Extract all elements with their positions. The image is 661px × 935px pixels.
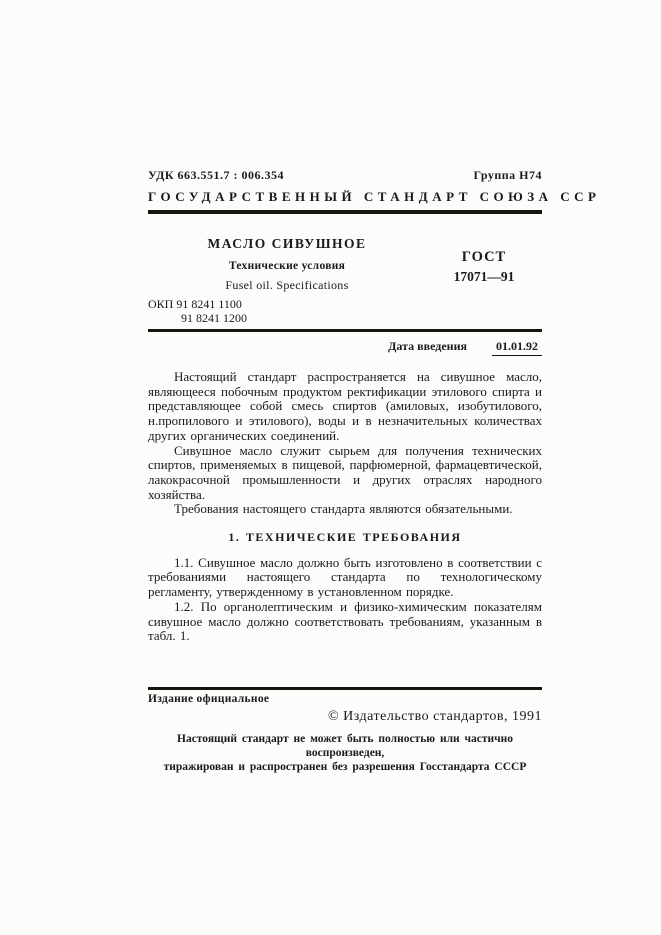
identification-row: УДК 663.551.7 : 006.354 Группа Н74	[148, 168, 542, 183]
effective-date-row: Дата введения 01.01.92	[148, 339, 542, 356]
effective-date-value: 01.01.92	[492, 339, 542, 356]
document-body: Настоящий стандарт распространяется на с…	[148, 370, 542, 644]
footer-rule	[148, 687, 542, 690]
restriction-line-2: тиражирован и распространен без разрешен…	[148, 760, 542, 774]
title-block: МАСЛО СИВУШНОЕ Технические условия Fusel…	[148, 236, 426, 293]
restriction-line-1: Настоящий стандарт не может быть полност…	[148, 732, 542, 760]
document-title: МАСЛО СИВУШНОЕ	[148, 236, 426, 252]
okp-code-1: ОКП 91 8241 1100	[148, 297, 542, 311]
effective-date-label: Дата введения	[388, 339, 467, 353]
gost-standard-page: УДК 663.551.7 : 006.354 Группа Н74 ГОСУД…	[0, 0, 661, 935]
gost-number: 17071—91	[428, 269, 540, 285]
gost-label: ГОСТ	[428, 249, 540, 266]
udk-code: УДК 663.551.7 : 006.354	[148, 168, 284, 183]
document-subtitle-en: Fusel oil. Specifications	[148, 278, 426, 293]
union-standard-header: ГОСУДАРСТВЕННЫЙ СТАНДАРТ СОЮЗА ССР	[148, 189, 542, 205]
intro-paragraph: Сивушное масло служит сырьем для получен…	[148, 444, 542, 503]
okp-codes: ОКП 91 8241 1100 91 8241 1200	[148, 297, 542, 325]
section-heading: 1. ТЕХНИЧЕСКИЕ ТРЕБОВАНИЯ	[148, 530, 542, 545]
edition-note: Издание официальное	[148, 693, 542, 705]
gost-designation: ГОСТ 17071—91	[428, 249, 540, 285]
section-item: 1.2. По органолептическим и физико-химич…	[148, 600, 542, 644]
intro-paragraph: Требования настоящего стандарта являются…	[148, 502, 542, 517]
copyright-line: © Издательство стандартов, 1991	[148, 709, 542, 725]
header-rule	[148, 210, 542, 214]
section-rule	[148, 329, 542, 332]
document-subtitle-ru: Технические условия	[148, 260, 426, 272]
okp-code-2: 91 8241 1200	[148, 311, 542, 325]
reproduction-restriction: Настоящий стандарт не может быть полност…	[148, 732, 542, 774]
intro-paragraph: Настоящий стандарт распространяется на с…	[148, 370, 542, 444]
group-code: Группа Н74	[473, 168, 542, 183]
section-item: 1.1. Сивушное масло должно быть изготовл…	[148, 556, 542, 600]
